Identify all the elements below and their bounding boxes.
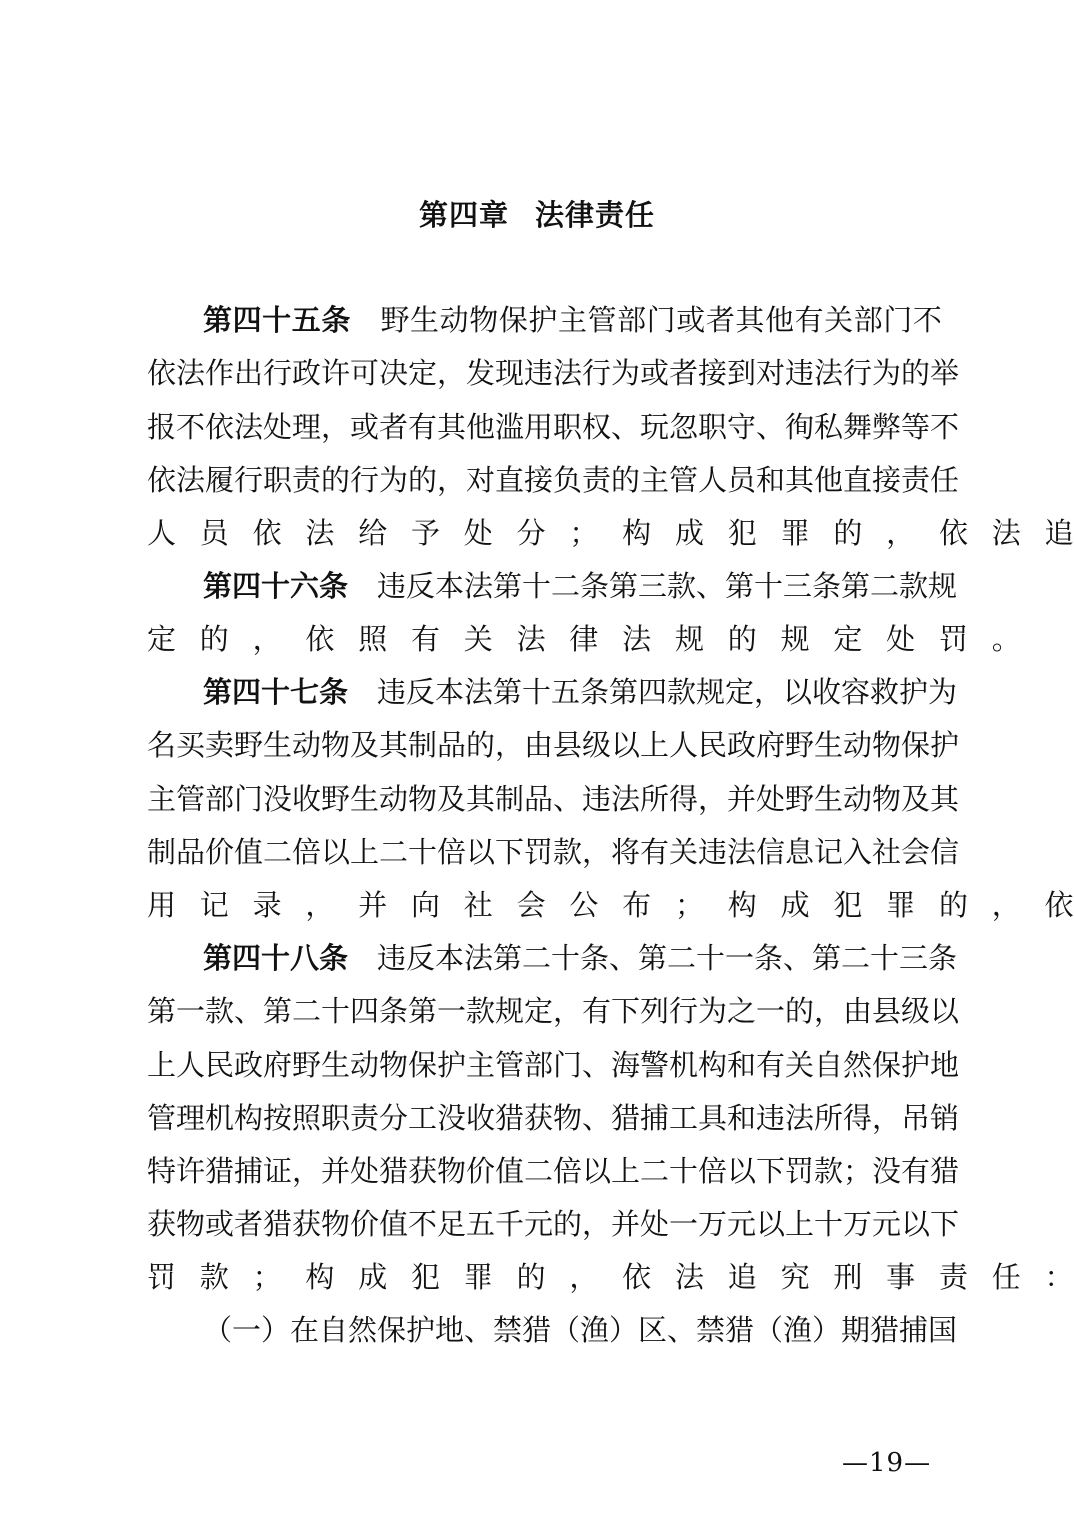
text-line: 第一款、第二十四条第一款规定，有下列行为之一的，由县级以 <box>147 991 942 1031</box>
text-line: 用记录，并向社会公布；构成犯罪的，依法追究刑事责任。 <box>147 885 942 925</box>
text-line: 报不依法处理，或者有其他滥用职权、玩忽职守、徇私舞弊等不 <box>147 407 942 447</box>
text-line: 人员依法给予处分；构成犯罪的，依法追究刑事责任。 <box>147 513 942 553</box>
chapter-name: 法律责任 <box>535 198 655 232</box>
text-line: 第四十六条 违反本法第十二条第三款、第十三条第二款规 <box>203 566 942 606</box>
chapter-number: 第四章 <box>419 198 509 232</box>
text-line: 依法履行职责的行为的，对直接负责的主管人员和其他直接责任 <box>147 460 942 500</box>
text-line: 定的，依照有关法律法规的规定处罚。 <box>147 619 942 659</box>
page-number: —19— <box>842 1448 931 1478</box>
text-line: 依法作出行政许可决定，发现违法行为或者接到对违法行为的举 <box>147 353 942 393</box>
text-line: 特许猎捕证，并处猎获物价值二倍以上二十倍以下罚款；没有猎 <box>147 1151 942 1191</box>
text-line: 第四十五条 野生动物保护主管部门或者其他有关部门不 <box>203 300 942 340</box>
text-line: 第四十七条 违反本法第十五条第四款规定，以收容救护为 <box>203 672 942 712</box>
text-line: 第四十八条 违反本法第二十条、第二十一条、第二十三条 <box>203 938 942 978</box>
text-line: 获物或者猎获物价值不足五千元的，并处一万元以上十万元以下 <box>147 1204 942 1244</box>
chapter-title: 第四章法律责任 <box>0 193 1074 234</box>
text-line: 上人民政府野生动物保护主管部门、海警机构和有关自然保护地 <box>147 1045 942 1085</box>
text-line: 管理机构按照职责分工没收猎获物、猎捕工具和违法所得，吊销 <box>147 1098 942 1138</box>
text-line: 主管部门没收野生动物及其制品、违法所得，并处野生动物及其 <box>147 779 942 819</box>
text-line: 名买卖野生动物及其制品的，由县级以上人民政府野生动物保护 <box>147 725 942 765</box>
text-line: 制品价值二倍以上二十倍以下罚款，将有关违法信息记入社会信 <box>147 832 942 872</box>
text-line: 罚款；构成犯罪的，依法追究刑事责任： <box>147 1257 942 1297</box>
text-line: （一）在自然保护地、禁猎（渔）区、禁猎（渔）期猎捕国 <box>203 1310 942 1350</box>
